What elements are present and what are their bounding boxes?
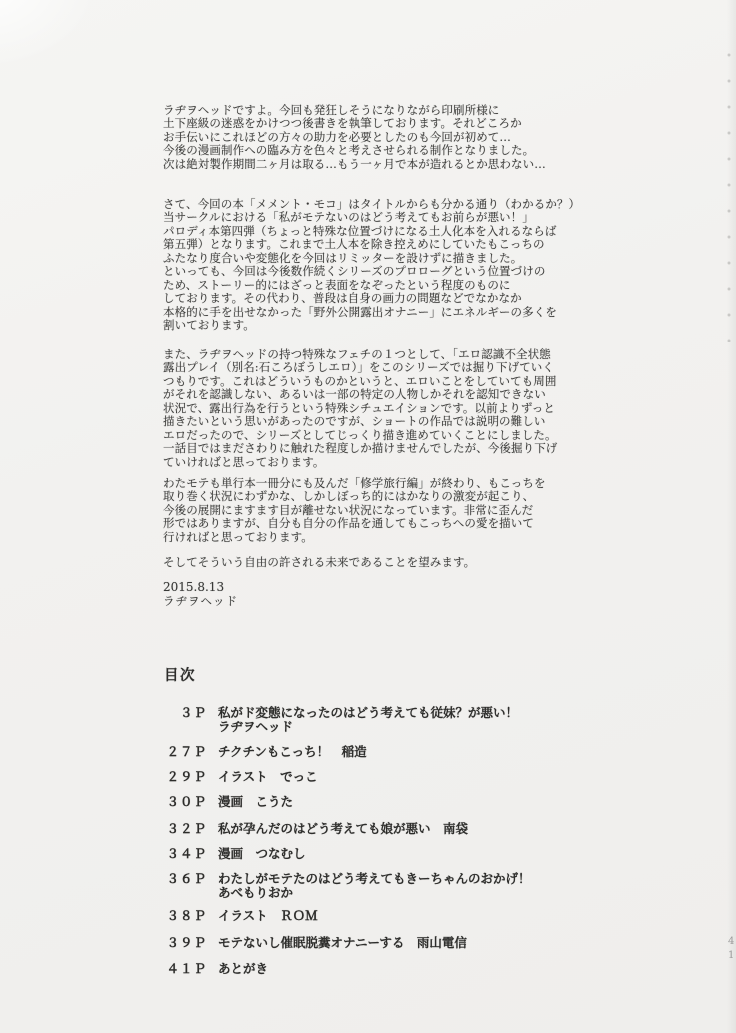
toc-page-number: ３９Ｐ: [160, 936, 207, 950]
afterword-paragraph-1: ラヂヲヘッドですよ。今回も発狂しそうになりながら印刷所様に 土下座級の迷惑をかけ…: [163, 104, 723, 171]
toc-page-number: ３８Ｐ: [160, 909, 207, 923]
toc-entry-3p: ３Ｐ 私がド変態になったのはどう考えても従妹？が悪い！ ラヂヲヘッド: [160, 706, 518, 734]
toc-entry-39p: ３９Ｐ モテないし催眠脱糞オナニーする 雨山電信: [160, 936, 467, 950]
toc-page-number: ３Ｐ: [160, 706, 207, 720]
toc-page-number: ４１Ｐ: [160, 962, 207, 976]
toc-title: あとがき: [218, 961, 268, 976]
toc-entry-32p: ３２Ｐ 私が孕んだのはどう考えても娘が悪い 南袋: [160, 822, 468, 836]
toc-entry-30p: ３０Ｐ 漫画 こうた: [160, 795, 293, 809]
toc-title: 私がド変態になったのはどう考えても従妹？が悪い！: [218, 705, 518, 720]
toc-author: ラヂヲヘッド: [218, 720, 518, 734]
toc-page-number: ３６Ｐ: [160, 872, 207, 886]
afterword-closing-line: そしてそういう自由の許される未来であることを望みます。: [163, 556, 723, 569]
toc-title: モテないし催眠脱糞オナニーする 雨山電信: [218, 935, 467, 950]
toc-entry-29p: ２９Ｐ イラスト でっこ: [160, 770, 318, 784]
toc-entry-38p: ３８Ｐ イラスト ＲＯＭ: [160, 909, 318, 923]
toc-entry-34p: ３４Ｐ 漫画 つなむし: [160, 847, 306, 861]
afterword-paragraph-4: わたモテも単行本一冊分にも及んだ「修学旅行編」が終わり、もこっちを 取り巻く状況…: [163, 477, 723, 544]
afterword-paragraph-3: また、ラヂヲヘッドの持つ特殊なフェチの１つとして、「エロ認識不全状態 露出プレイ…: [163, 348, 723, 469]
toc-page-number: ２９Ｐ: [160, 770, 207, 784]
toc-entry-41p: ４１Ｐ あとがき: [160, 962, 268, 976]
afterword-paragraph-2: さて、今回の本「メメント・モコ」はタイトルからも分かる通り（わかるか？） 当サー…: [163, 198, 723, 333]
scan-edge-artifact-dots: [723, 42, 735, 342]
toc-entry-36p: ３６Ｐ わたしがモテたのはどう考えてもきーちゃんのおかげ！ あべもりおか: [160, 872, 531, 900]
toc-page-number: ３２Ｐ: [160, 822, 207, 836]
toc-title: チクチンもこっち！ 稲造: [218, 744, 367, 759]
toc-page-number: ２７Ｐ: [160, 745, 207, 759]
toc-author: あべもりおか: [218, 886, 531, 900]
toc-entry-27p: ２７Ｐ チクチンもこっち！ 稲造: [160, 745, 367, 759]
toc-title: わたしがモテたのはどう考えてもきーちゃんのおかげ！: [218, 871, 531, 886]
toc-page-number: ３０Ｐ: [160, 795, 207, 809]
toc-page-number: ３４Ｐ: [160, 847, 207, 861]
afterword-date: 2015.8.13: [163, 581, 224, 595]
toc-title: イラスト でっこ: [218, 769, 318, 784]
toc-title: 漫画 つなむし: [218, 846, 306, 861]
scanned-afterword-page: ラヂヲヘッドですよ。今回も発狂しそうになりながら印刷所様に 土下座級の迷惑をかけ…: [0, 0, 736, 1033]
toc-title: イラスト ＲＯＭ: [218, 908, 318, 923]
toc-title: 私が孕んだのはどう考えても娘が悪い 南袋: [218, 821, 468, 836]
afterword-signature: ラヂヲヘッド: [163, 595, 238, 609]
toc-heading: 目次: [164, 664, 196, 685]
edge-page-number: 4 1: [728, 935, 734, 962]
toc-title: 漫画 こうた: [218, 794, 293, 809]
